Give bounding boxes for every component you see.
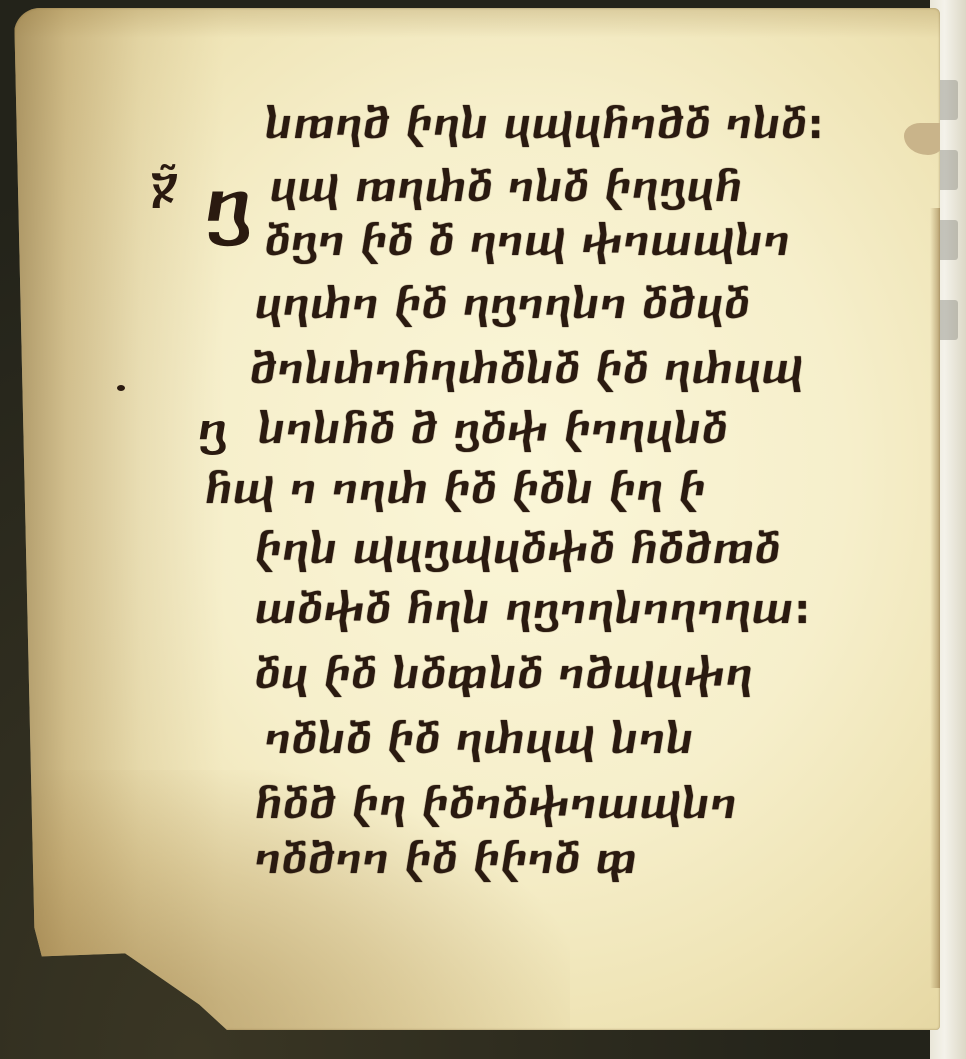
text-line: ⴃⴗ ⴡⴃ ⴑⴃⴔⴑⴃ ⴈⴋⴓⴗⴕⴄ xyxy=(255,655,753,695)
text-line: ⴈⴃⴑⴃ̄ ⴡⴃ ⴄⴐⴗⴓ ⴑⴈⴑ xyxy=(265,720,694,760)
text-line: ⴗⴓ ⴊⴄⴐⴃ ⴈⴑⴃ ⴡⴄⴂⴗⴌ xyxy=(270,168,743,208)
margin-initial: ⴂ xyxy=(205,165,251,247)
text-line: ⴗⴄⴐⴈ ⴡⴃ ⴄⴂⴈⴄⴑⴈ ⴃⴋⴗⴃ xyxy=(255,285,751,325)
text-line: ⴌⴓ ⴈ ⴈⴄⴐ ⴡⴃ ⴡⴃⴑ ⴡⴄ ⴡ xyxy=(205,470,706,510)
text-line: ⴌⴃⴋ ⴡⴄ ⴡⴃⴈⴃⴕⴈⴍⴓⴑⴈ xyxy=(255,785,738,825)
text-line: ⴡⴄⴑ ⴓⴗⴂⴓⴗⴃⴕⴃ ⴌⴃ̄ⴋⴊⴃ xyxy=(255,530,781,570)
text-line: ⴍⴃⴕⴃ ⴌⴄⴑ ⴄⴂⴈⴄⴑⴈⴄⴈⴄⴍ: xyxy=(255,590,811,630)
text-line: ⴈⴃⴋⴈⴈ ⴡⴃ ⴡⴡⴈⴃ ⴔ xyxy=(255,840,638,880)
text-line: ⴑⴈⴑⴌⴃ ⴋ ⴂⴃⴕ ⴡⴈⴄⴗⴑⴃ xyxy=(258,410,728,450)
margin-dot xyxy=(117,385,125,391)
margin-initial: ⴂ xyxy=(198,405,227,456)
margin-mark: ⴟ̃ xyxy=(150,158,179,209)
text-line: ⴃⴂⴈ ⴡⴃ ⴃ ⴄⴈⴓ ⴕⴈⴍⴓⴑⴈ xyxy=(265,222,791,262)
text-line: ⴑⴊⴄⴋ ⴡⴄⴑ ⴗⴓⴗⴌⴈⴋⴃ ⴈⴑⴃ: xyxy=(265,105,825,145)
manuscript-text: ⴟ̃ ⴂ ⴂ ⴑⴊⴄⴋ ⴡⴄⴑ ⴗⴓⴗⴌⴈⴋⴃ ⴈⴑⴃ: ⴗⴓ ⴊⴄⴐⴃ ⴈⴑⴃ… xyxy=(0,0,966,1059)
text-line: ⴋⴈⴑⴐⴈⴌⴄⴐⴃⴑⴃ ⴡⴃ ⴄⴐⴗⴓ xyxy=(250,350,804,390)
